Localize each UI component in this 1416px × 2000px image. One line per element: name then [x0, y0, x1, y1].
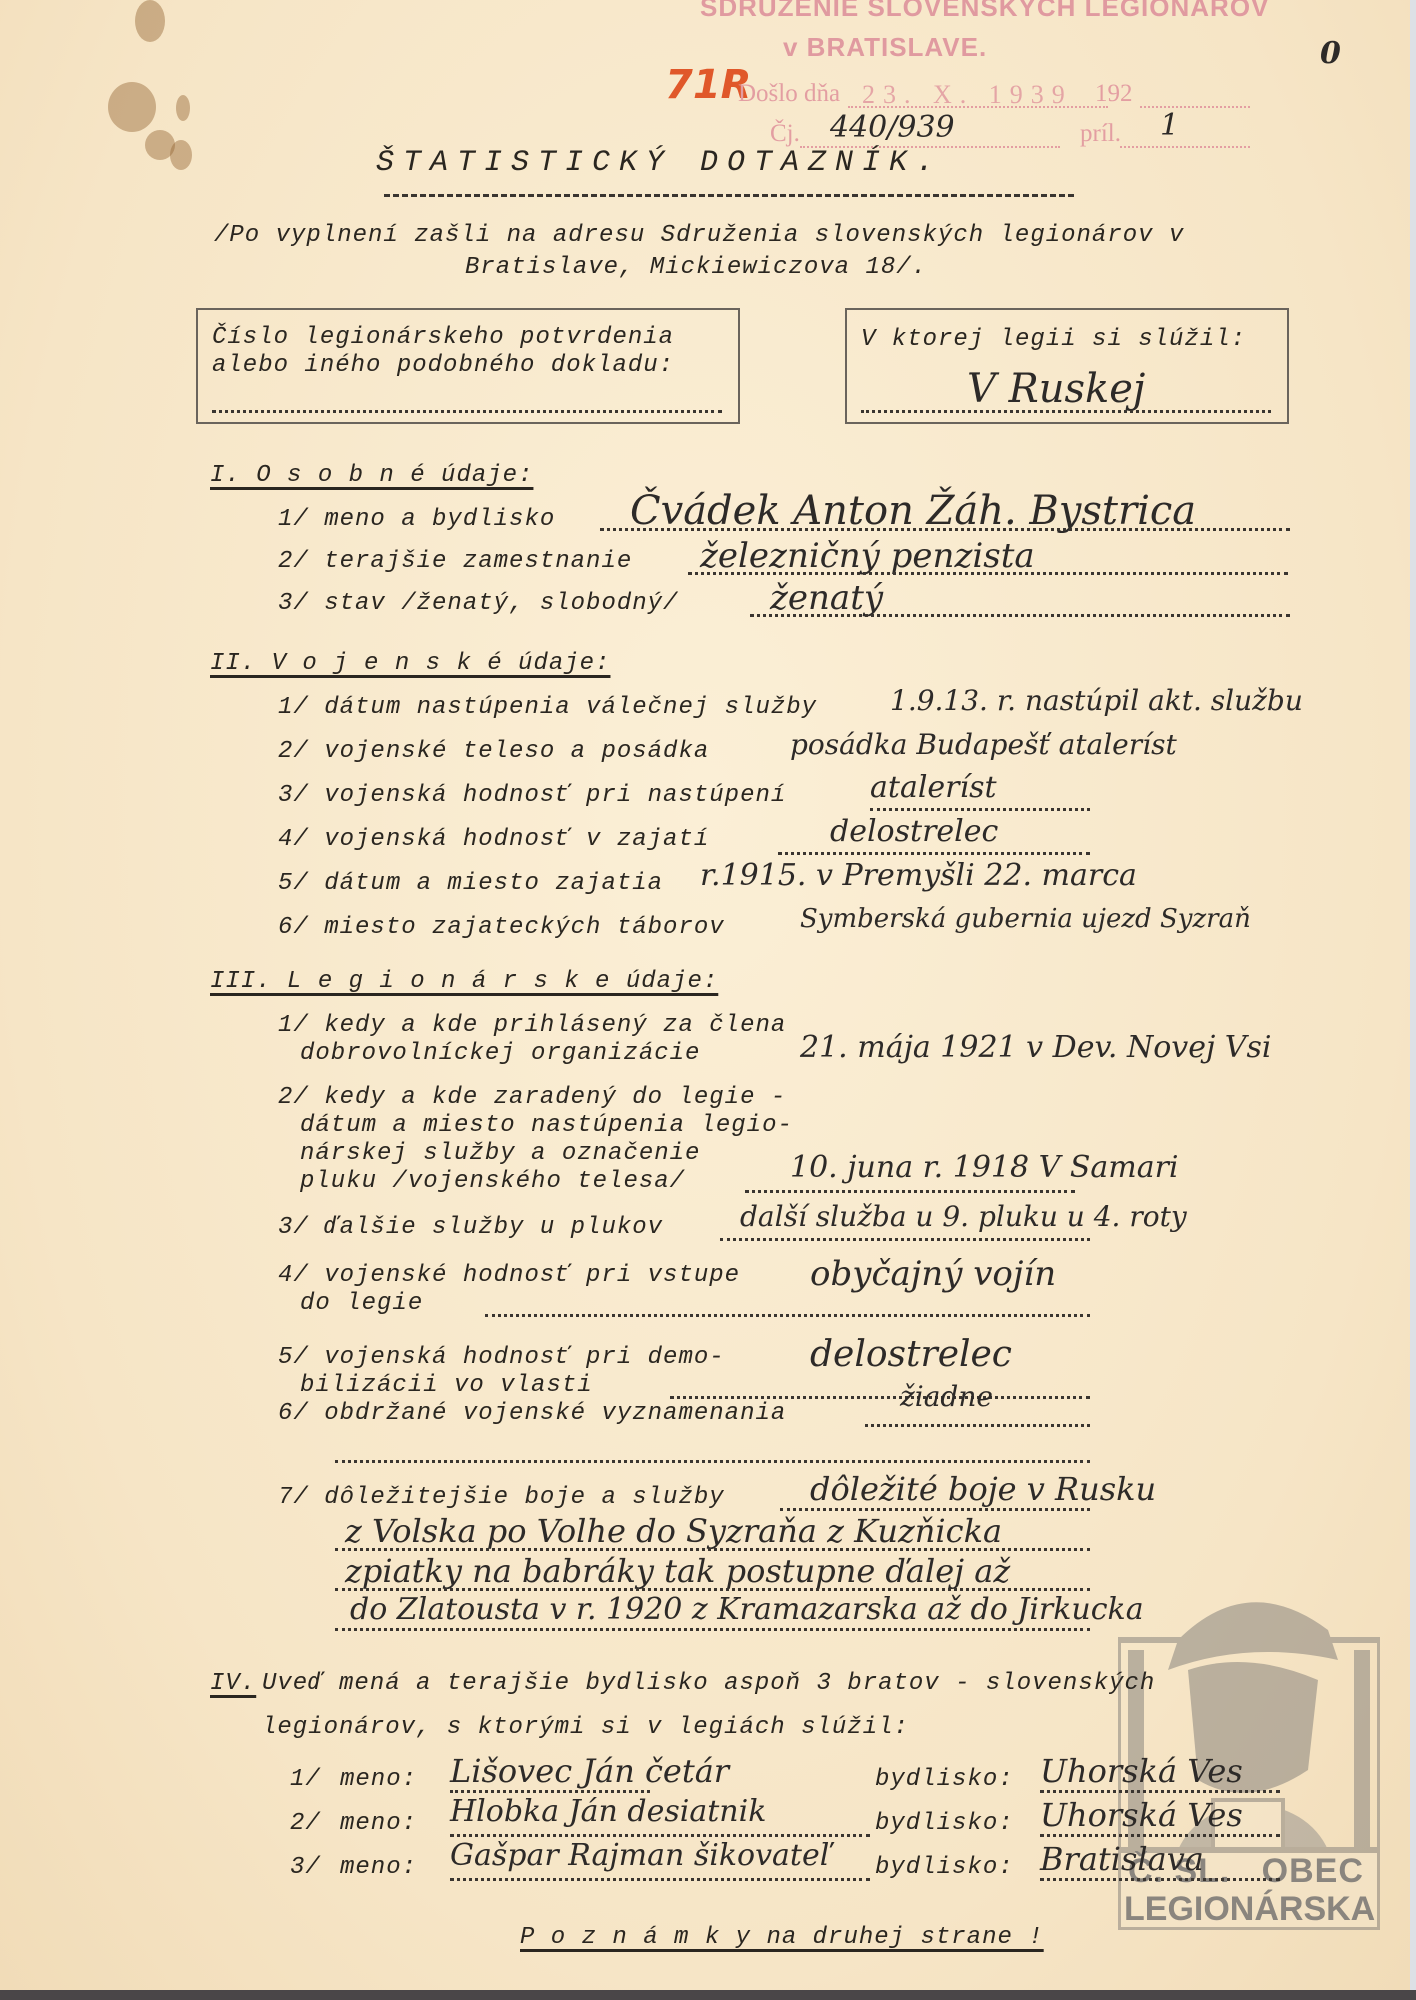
section3-heading: III. L e g i o n á r s k e údaje:	[210, 968, 718, 995]
section2-heading: II. V o j e n s k é údaje:	[210, 650, 610, 677]
name-label: meno:	[340, 1766, 417, 1793]
ink-stain	[135, 0, 165, 42]
year-line	[1140, 106, 1250, 108]
section3-label-7: 7/ dôležitejšie boje a služby	[278, 1484, 725, 1511]
section3-label-2b: dátum a miesto nastúpenia legio-	[300, 1112, 793, 1139]
field-line	[778, 852, 1090, 855]
field-line	[450, 1878, 870, 1881]
residence-label: bydlisko:	[875, 1766, 1014, 1793]
comrade-name[interactable]: Hlobka Ján desiatnik	[450, 1794, 766, 1829]
residence-label: bydlisko:	[875, 1854, 1014, 1881]
field-line	[450, 1834, 870, 1837]
field-line	[870, 808, 1090, 811]
section3-label-2a: 2/ kedy a kde zaradený do legie -	[278, 1084, 786, 1111]
comrade-name[interactable]: Lišovec Ján četár	[450, 1752, 729, 1790]
comrade-residence[interactable]: Uhorská Ves	[1040, 1752, 1243, 1790]
section2-label-3: 3/ vojenská hodnosť pri nastúpení	[278, 782, 786, 809]
field-line	[1040, 1790, 1280, 1793]
field-line	[1040, 1878, 1280, 1881]
stamp-org-line2: v BRATISLAVE.	[783, 32, 987, 63]
field-line	[450, 1790, 650, 1793]
legion-enlistment-value[interactable]: 10. juna r. 1918 V Samari	[790, 1150, 1179, 1185]
battles-value-line2[interactable]: z Volska po Volhe do Syzraňa z Kuzňicka	[345, 1512, 1002, 1550]
section4-heading-number: IV.	[210, 1670, 256, 1697]
occupation-value[interactable]: železničný penzista	[700, 536, 1035, 576]
field-line	[688, 572, 1288, 575]
title-underline	[384, 194, 1074, 197]
instruction-line1: /Po vyplnení zašli na adresu Sdruženia s…	[214, 222, 1184, 249]
volunteer-registration-value[interactable]: 21. mája 1921 v Dev. Novej Vsi	[800, 1030, 1271, 1065]
ink-stain	[170, 140, 192, 170]
row-number: 1/	[290, 1766, 321, 1793]
further-service-value[interactable]: další služba u 9. pluku u 4. roty	[740, 1200, 1187, 1233]
attachments-line	[1120, 146, 1250, 148]
field-line	[670, 1396, 1090, 1399]
section3-label-6: 6/ obdržané vojenské vyznamenania	[278, 1400, 786, 1427]
field-line	[865, 1424, 1090, 1427]
section3-label-5b: bilizácii vo vlasti	[300, 1372, 593, 1399]
field-line	[600, 528, 1290, 531]
certificate-label-line1: Číslo legionárskeho potvrdenia	[212, 324, 674, 351]
name-label: meno:	[340, 1854, 417, 1881]
section2-label-2: 2/ vojenské teleso a posádka	[278, 738, 709, 765]
rank-entering-legion-value[interactable]: obyčajný vojín	[810, 1254, 1056, 1294]
corner-mark: 0	[1320, 36, 1341, 71]
residence-label: bydlisko:	[875, 1810, 1014, 1837]
field-line	[335, 1628, 1090, 1631]
section4-heading-line1: Uveď mená a terajšie bydlisko aspoň 3 br…	[262, 1670, 1155, 1697]
service-start-value[interactable]: 1.9.13. r. nastúpil akt. službu	[890, 684, 1303, 717]
section3-label-4a: 4/ vojenské hodnosť pri vstupe	[278, 1262, 740, 1289]
row-number: 2/	[290, 1810, 321, 1837]
legion-value[interactable]: V Ruskej	[967, 366, 1145, 412]
section3-label-4b: do legie	[300, 1290, 423, 1317]
section3-label-1b: dobrovolníckej organizácie	[300, 1040, 700, 1067]
comrade-residence[interactable]: Uhorská Ves	[1040, 1796, 1243, 1834]
section3-label-5a: 5/ vojenská hodnosť pri demo-	[278, 1344, 725, 1371]
section2-label-5: 5/ dátum a miesto zajatia	[278, 870, 663, 897]
field-line	[335, 1460, 1090, 1463]
attachments-value: 1	[1160, 108, 1179, 143]
rank-demobilization-value[interactable]: delostrelec	[810, 1334, 1012, 1375]
footer-note: P o z n á m k y na druhej strane !	[520, 1924, 1044, 1951]
field-line	[1040, 1834, 1280, 1837]
received-label: Došlo dňa	[738, 80, 840, 108]
comrade-name[interactable]: Gašpar Rajman šikovateľ	[450, 1838, 832, 1873]
decorations-value[interactable]: žiadne	[900, 1380, 993, 1413]
page-title: ŠTATISTICKÝ DOTAZNÍK.	[376, 146, 943, 180]
field-line	[780, 1508, 1090, 1511]
stamp-org-line1: SDRUŽENIE SLOVENSKÝCH LEGIONÁROV	[700, 0, 1269, 23]
certificate-label-line2: alebo iného podobného dokladu:	[212, 352, 674, 379]
certificate-number-field[interactable]	[212, 410, 722, 413]
attachments-label: príl.	[1080, 120, 1121, 148]
watermark-line2: LEGIONÁRSKA	[1124, 1890, 1375, 1929]
section3-label-2d: pluku /vojenského telesa/	[300, 1168, 685, 1195]
section3-label-3: 3/ ďalšie služby u plukov	[278, 1214, 663, 1241]
field-line	[335, 1548, 1090, 1551]
row-number: 3/	[290, 1854, 321, 1881]
section2-label-6: 6/ miesto zajateckých táborov	[278, 914, 725, 941]
section1-label-2: 2/ terajšie zamestnanie	[278, 548, 632, 575]
section1-label-3: 3/ stav /ženatý, slobodný/	[278, 590, 678, 617]
page-edge	[1410, 0, 1416, 2000]
ink-stain	[176, 95, 190, 121]
year-suffix: 192	[1095, 80, 1133, 108]
section4-heading-line2: legionárov, s ktorými si v legiách slúži…	[262, 1714, 909, 1741]
legion-label: V ktorej legii si slúžil:	[861, 326, 1246, 353]
capture-date-place-value[interactable]: r.1915. v Premyšli 22. marca	[700, 858, 1137, 893]
section3-label-2c: nárskej služby a označenie	[300, 1140, 700, 1167]
instruction-line2: Bratislave, Mickiewiczova 18/.	[465, 254, 927, 281]
rank-at-entry-value[interactable]: ataleríst	[870, 770, 997, 805]
field-line	[750, 614, 1290, 617]
legion-box: V ktorej legii si slúžil: V Ruskej	[845, 308, 1289, 424]
field-line	[335, 1588, 1090, 1591]
battles-value-line3[interactable]: zpiatky na babráky tak postupne ďalej až	[345, 1552, 1010, 1590]
legion-field-line	[861, 410, 1271, 413]
field-line	[485, 1314, 1090, 1317]
unit-garrison-value[interactable]: posádka Budapešť ataleríst	[790, 728, 1177, 761]
received-date-line	[848, 106, 1108, 108]
ref-label: Čj.	[770, 120, 800, 148]
rank-in-captivity-value[interactable]: delostrelec	[830, 814, 998, 849]
field-line	[745, 1190, 1075, 1193]
field-line	[720, 1238, 1090, 1241]
pow-camps-value[interactable]: Symberská gubernia ujezd Syzraň	[800, 904, 1251, 934]
battles-value-line1[interactable]: dôležité boje v Rusku	[810, 1470, 1156, 1508]
section1-heading: I. O s o b n é údaje:	[210, 462, 533, 489]
ref-number: 440/939	[830, 110, 955, 145]
battles-value-line4[interactable]: do Zlatousta v r. 1920 z Kramazarska až …	[350, 1592, 1144, 1627]
section3-label-1a: 1/ kedy a kde prihlásený za člena	[278, 1012, 786, 1039]
name-label: meno:	[340, 1810, 417, 1837]
ink-stain	[108, 82, 156, 132]
section1-label-1: 1/ meno a bydlisko	[278, 506, 555, 533]
section2-label-4: 4/ vojenská hodnosť v zajatí	[278, 826, 709, 853]
section2-label-1: 1/ dátum nastúpenia válečnej služby	[278, 694, 817, 721]
marital-status-value[interactable]: ženatý	[770, 578, 883, 618]
certificate-number-box: Číslo legionárskeho potvrdenia alebo iné…	[196, 308, 740, 424]
page-edge-bottom	[0, 1990, 1416, 2000]
comrade-residence[interactable]: Bratislava	[1040, 1840, 1204, 1878]
